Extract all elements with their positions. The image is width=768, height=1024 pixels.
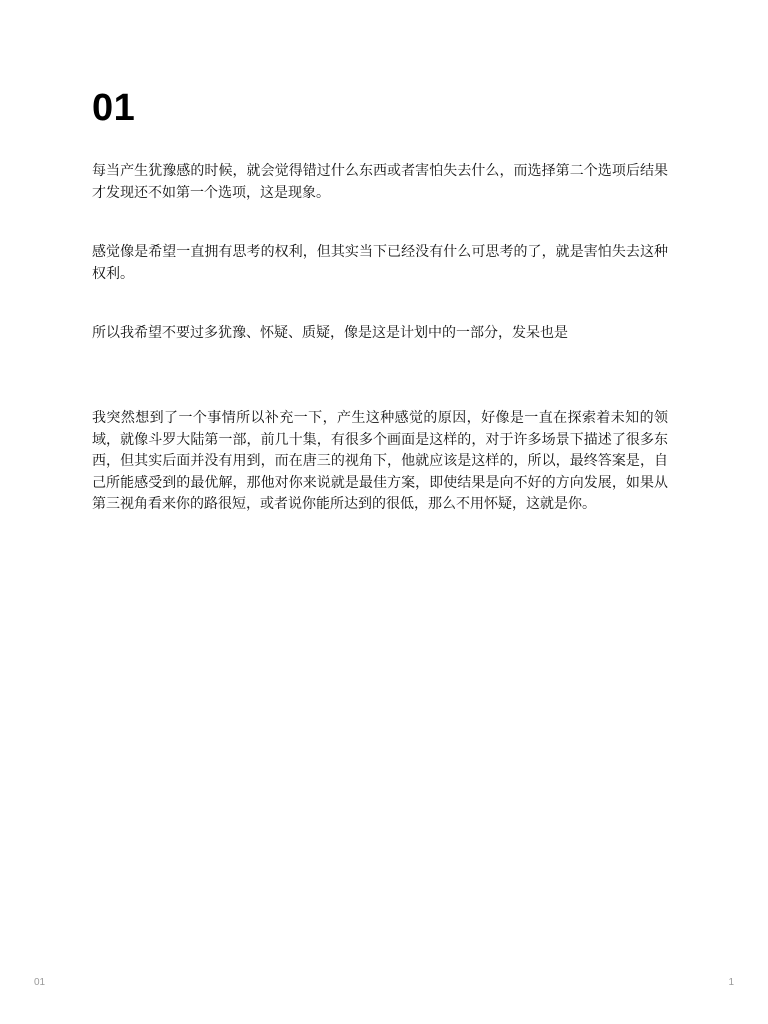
paragraph: 感觉像是希望一直拥有思考的权利，但其实当下已经没有什么可思考的了，就是害怕失去这… — [92, 242, 668, 285]
paragraph: 所以我希望不要过多犹豫、怀疑、质疑，像是这是计划中的一部分，发呆也是 — [92, 323, 668, 345]
paragraph: 每当产生犹豫感的时候，就会觉得错过什么东西或者害怕失去什么，而选择第二个选项后结… — [92, 161, 668, 204]
paragraph: 我突然想到了一个事情所以补充一下，产生这种感觉的原因，好像是一直在探索着未知的领… — [92, 408, 668, 516]
footer-section-label: 01 — [34, 977, 45, 988]
footer-page-number: 1 — [728, 977, 734, 988]
document-page: 01 每当产生犹豫感的时候，就会觉得错过什么东西或者害怕失去什么，而选择第二个选… — [0, 0, 768, 1024]
section-heading: 01 — [92, 86, 135, 130]
